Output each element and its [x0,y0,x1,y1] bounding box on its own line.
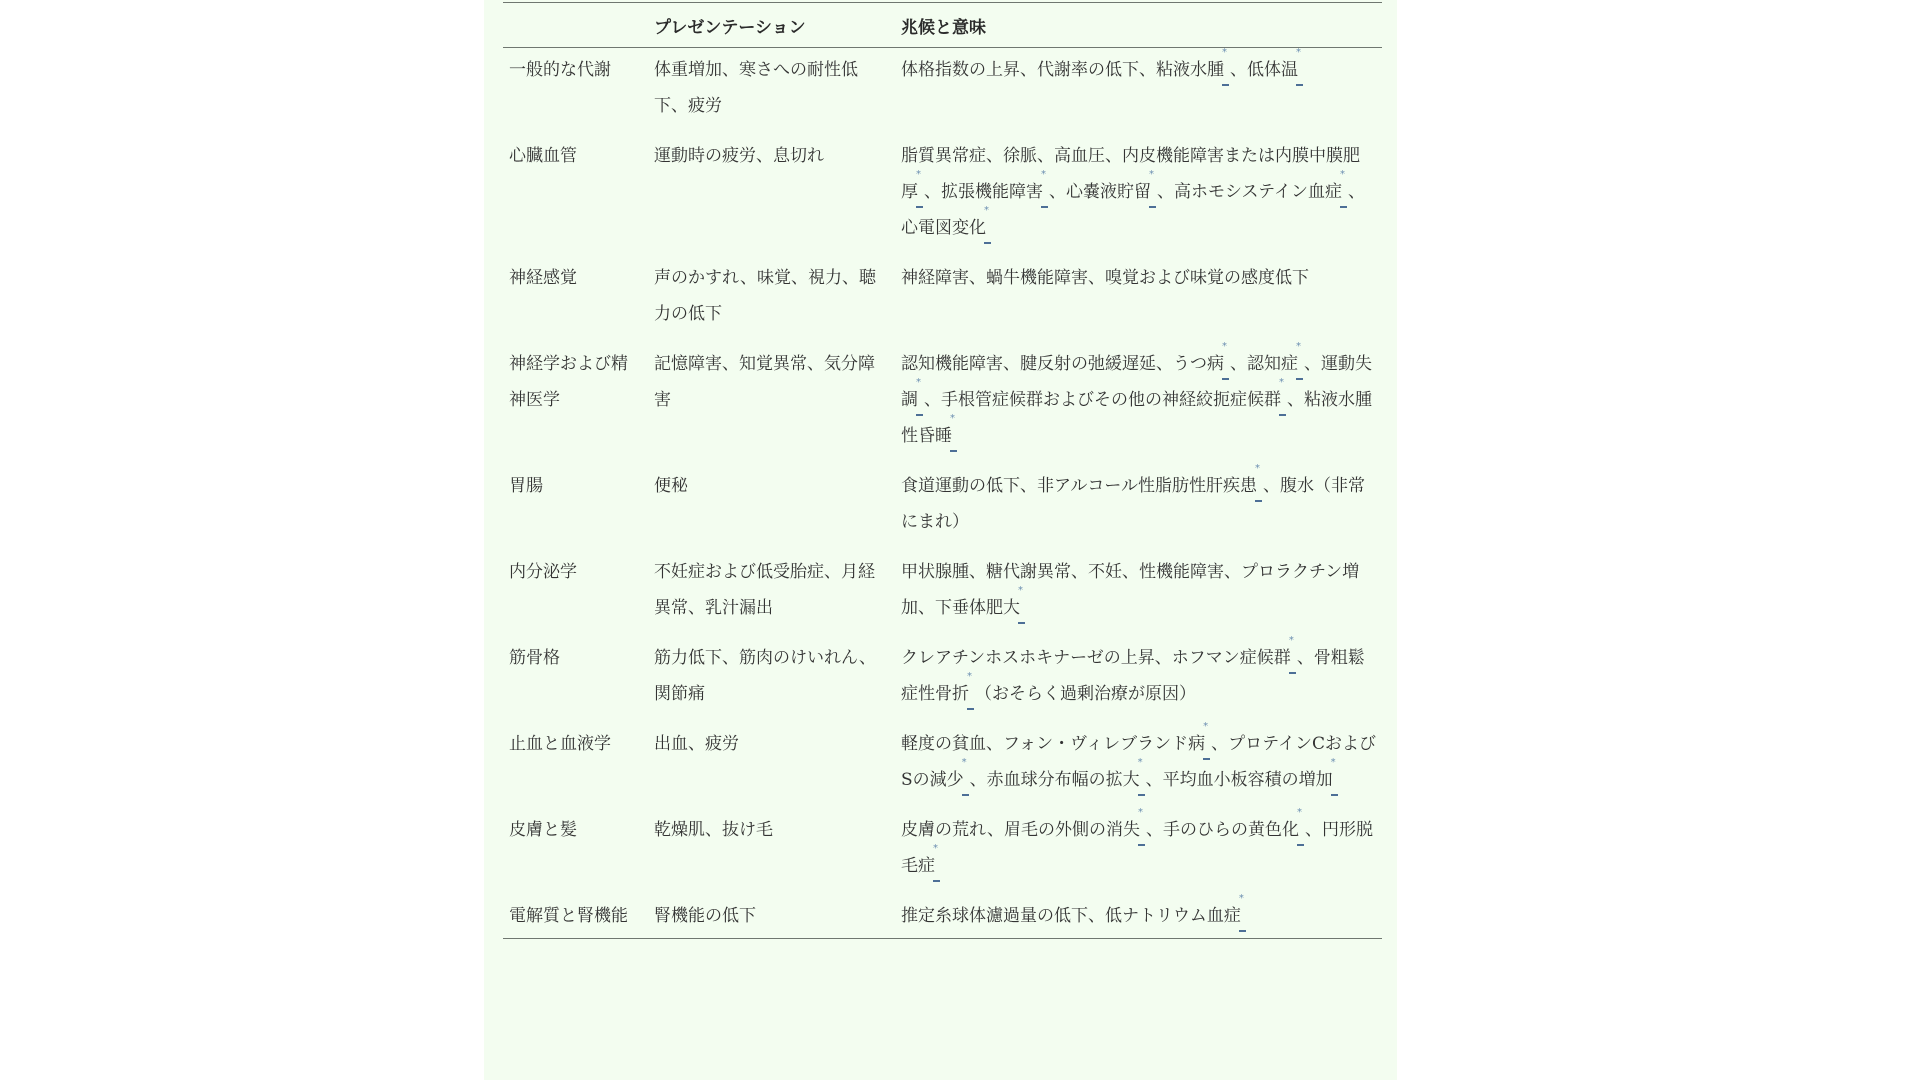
sign-text: 認知機能障害、腱反射の弛緩遅延、うつ病 [901,354,1224,374]
table-row: 皮膚と髪 乾燥肌、抜け毛 皮膚の荒れ、眉毛の外側の消失*、手のひらの黄色化*、円… [503,805,1382,891]
footnote-reference-link[interactable]: * [918,196,924,197]
asterisk-icon: * [916,378,921,388]
link-underline [916,414,923,416]
footnote-reference-link[interactable]: * [1140,834,1146,835]
asterisk-icon: * [1203,722,1208,732]
asterisk-icon: * [1239,894,1244,904]
footnote-reference-link[interactable]: * [1298,74,1304,75]
system-cell: 内分泌学 [503,547,648,633]
sign-text: 、認知症 [1230,354,1298,374]
presentation-cell: 体重増加、寒さへの耐性低下、疲労 [648,48,895,132]
signs-cell: 推定糸球体濾過量の低下、低ナトリウム血症* [895,891,1382,939]
presentation-cell: 記憶障害、知覚異常、気分障害 [648,339,895,461]
footnote-reference-link[interactable]: * [935,870,941,871]
table-body: 一般的な代謝 体重増加、寒さへの耐性低下、疲労 体格指数の上昇、代謝率の低下、粘… [503,48,1382,939]
signs-cell: 甲状腺腫、糖代謝異常、不妊、性機能障害、プロラクチン増加、下垂体肥大* [895,547,1382,633]
asterisk-icon: * [1289,636,1294,646]
presentation-cell: 便秘 [648,461,895,547]
presentation-cell: 腎機能の低下 [648,891,895,939]
footnote-reference-link[interactable]: * [1291,662,1297,663]
footnote-reference-link[interactable]: * [1224,368,1230,369]
system-cell: 心臓血管 [503,131,648,253]
link-underline [1138,794,1145,796]
sign-text: 、赤血球分布幅の拡大 [970,770,1140,790]
footnote-reference-link[interactable]: * [952,440,958,441]
footnote-reference-link[interactable]: * [1299,834,1305,835]
footnote-reference-link[interactable]: * [969,698,975,699]
sign-text: 、手根管症候群およびその他の神経絞扼症候群 [924,390,1281,410]
document-panel: プレゼンテーション 兆候と意味 一般的な代謝 体重増加、寒さへの耐性低下、疲労 … [484,0,1397,1080]
table-row: 一般的な代謝 体重増加、寒さへの耐性低下、疲労 体格指数の上昇、代謝率の低下、粘… [503,48,1382,132]
link-underline [1296,84,1303,86]
system-cell: 神経感覚 [503,253,648,339]
sign-text: 神経障害、蝸牛機能障害、嗅覚および味覚の感度低下 [901,268,1309,288]
asterisk-icon: * [933,844,938,854]
signs-cell: 認知機能障害、腱反射の弛緩遅延、うつ病*、認知症*、運動失調*、手根管症候群およ… [895,339,1382,461]
asterisk-icon: * [984,206,989,216]
table-row: 内分泌学 不妊症および低受胎症、月経異常、乳汁漏出 甲状腺腫、糖代謝異常、不妊、… [503,547,1382,633]
footnote-reference-link[interactable]: * [1224,74,1230,75]
footnote-reference-link[interactable]: * [1043,196,1049,197]
sign-text: 甲状腺腫、糖代謝異常、不妊、性機能障害、プロラクチン増加、下垂体肥大 [901,562,1359,618]
sign-text: 、心嚢液貯留 [1049,182,1151,202]
link-underline [933,880,940,882]
link-underline [1222,84,1229,86]
sign-text: 、高ホモシステイン血症 [1157,182,1342,202]
signs-cell: 軽度の貧血、フォン・ヴィレブランド病*、プロテインCおよびSの減少*、赤血球分布… [895,719,1382,805]
link-underline [1239,930,1246,932]
link-underline [967,708,974,710]
presentation-cell: 出血、疲労 [648,719,895,805]
asterisk-icon: * [1255,464,1260,474]
system-cell: 電解質と腎機能 [503,891,648,939]
table-row: 胃腸 便秘 食道運動の低下、非アルコール性脂肪性肝疾患*、腹水（非常にまれ） [503,461,1382,547]
header-presentation: プレゼンテーション [648,3,895,48]
asterisk-icon: * [916,170,921,180]
sign-text: 食道運動の低下、非アルコール性脂肪性肝疾患 [901,476,1257,496]
table-row: 心臓血管 運動時の疲労、息切れ 脂質異常症、徐脈、高血圧、内皮機能障害または内膜… [503,131,1382,253]
sign-text: 推定糸球体濾過量の低下、低ナトリウム血症 [901,906,1241,926]
link-underline [1138,844,1145,846]
signs-cell: クレアチンホスホキナーゼの上昇、ホフマン症候群*、骨粗鬆症性骨折*（おそらく過剰… [895,633,1382,719]
asterisk-icon: * [1296,48,1301,58]
signs-cell: 体格指数の上昇、代謝率の低下、粘液水腫*、低体温* [895,48,1382,132]
footnote-reference-link[interactable]: * [1298,368,1304,369]
sign-text: 皮膚の荒れ、眉毛の外側の消失 [901,820,1140,840]
sign-text: 体格指数の上昇、代謝率の低下、粘液水腫 [901,60,1224,80]
signs-cell: 脂質異常症、徐脈、高血圧、内皮機能障害または内膜中膜肥厚*、拡張機能障害*、心嚢… [895,131,1382,253]
system-cell: 皮膚と髪 [503,805,648,891]
presentation-cell: 乾燥肌、抜け毛 [648,805,895,891]
signs-cell: 食道運動の低下、非アルコール性脂肪性肝疾患*、腹水（非常にまれ） [895,461,1382,547]
footnote-reference-link[interactable]: * [1342,196,1348,197]
asterisk-icon: * [1138,758,1143,768]
link-underline [916,206,923,208]
presentation-cell: 運動時の疲労、息切れ [648,131,895,253]
link-underline [1340,206,1347,208]
asterisk-icon: * [1041,170,1046,180]
footnote-reference-link[interactable]: * [1257,490,1263,491]
table-row: 電解質と腎機能 腎機能の低下 推定糸球体濾過量の低下、低ナトリウム血症* [503,891,1382,939]
table-row: 神経感覚 声のかすれ、味覚、視力、聴力の低下 神経障害、蝸牛機能障害、嗅覚および… [503,253,1382,339]
footnote-reference-link[interactable]: * [1140,784,1146,785]
sign-text: 、低体温 [1230,60,1298,80]
link-underline [1018,622,1025,624]
footnote-reference-link[interactable]: * [1281,404,1287,405]
sign-text: 軽度の貧血、フォン・ヴィレブランド病 [901,734,1205,754]
link-underline [1279,414,1286,416]
hypothyroidism-symptoms-table: プレゼンテーション 兆候と意味 一般的な代謝 体重増加、寒さへの耐性低下、疲労 … [503,2,1382,939]
signs-cell: 皮膚の荒れ、眉毛の外側の消失*、手のひらの黄色化*、円形脱毛症* [895,805,1382,891]
link-underline [962,794,969,796]
link-underline [1289,672,1296,674]
asterisk-icon: * [1297,808,1302,818]
footnote-reference-link[interactable]: * [1151,196,1157,197]
header-system [503,3,648,48]
system-cell: 一般的な代謝 [503,48,648,132]
asterisk-icon: * [1340,170,1345,180]
asterisk-icon: * [962,758,967,768]
asterisk-icon: * [1018,586,1023,596]
link-underline [1041,206,1048,208]
presentation-cell: 不妊症および低受胎症、月経異常、乳汁漏出 [648,547,895,633]
asterisk-icon: * [1279,378,1284,388]
presentation-cell: 筋力低下、筋肉のけいれん、関節痛 [648,633,895,719]
table-row: 筋骨格 筋力低下、筋肉のけいれん、関節痛 クレアチンホスホキナーゼの上昇、ホフマ… [503,633,1382,719]
asterisk-icon: * [1222,342,1227,352]
link-underline [1255,500,1262,502]
system-cell: 神経学および精神医学 [503,339,648,461]
link-underline [1296,378,1303,380]
link-underline [950,450,957,452]
footnote-reference-link[interactable]: * [1333,784,1339,785]
link-underline [984,242,991,244]
footnote-reference-link[interactable]: * [986,232,992,233]
asterisk-icon: * [1331,758,1336,768]
footnote-reference-link[interactable]: * [1020,612,1026,613]
sign-text: 、拡張機能障害 [924,182,1043,202]
asterisk-icon: * [1138,808,1143,818]
signs-cell: 神経障害、蝸牛機能障害、嗅覚および味覚の感度低下 [895,253,1382,339]
sign-text: 、手のひらの黄色化 [1146,820,1299,840]
footnote-reference-link[interactable]: * [1205,748,1211,749]
asterisk-icon: * [967,672,972,682]
header-signs: 兆候と意味 [895,3,1382,48]
link-underline [1222,378,1229,380]
sign-text: 、平均血小板容積の増加 [1146,770,1333,790]
sign-text: クレアチンホスホキナーゼの上昇、ホフマン症候群 [901,648,1291,668]
system-cell: 胃腸 [503,461,648,547]
system-cell: 止血と血液学 [503,719,648,805]
table-header-row: プレゼンテーション 兆候と意味 [503,3,1382,48]
footnote-reference-link[interactable]: * [964,784,970,785]
link-underline [1203,758,1210,760]
asterisk-icon: * [1222,48,1227,58]
table-row: 止血と血液学 出血、疲労 軽度の貧血、フォン・ヴィレブランド病*、プロテインCお… [503,719,1382,805]
system-cell: 筋骨格 [503,633,648,719]
asterisk-icon: * [950,414,955,424]
asterisk-icon: * [1296,342,1301,352]
table-row: 神経学および精神医学 記憶障害、知覚異常、気分障害 認知機能障害、腱反射の弛緩遅… [503,339,1382,461]
link-underline [1149,206,1156,208]
sign-text: （おそらく過剰治療が原因） [975,684,1196,704]
link-underline [1331,794,1338,796]
presentation-cell: 声のかすれ、味覚、視力、聴力の低下 [648,253,895,339]
footnote-reference-link[interactable]: * [1241,920,1247,921]
asterisk-icon: * [1149,170,1154,180]
footnote-reference-link[interactable]: * [918,404,924,405]
link-underline [1297,844,1304,846]
